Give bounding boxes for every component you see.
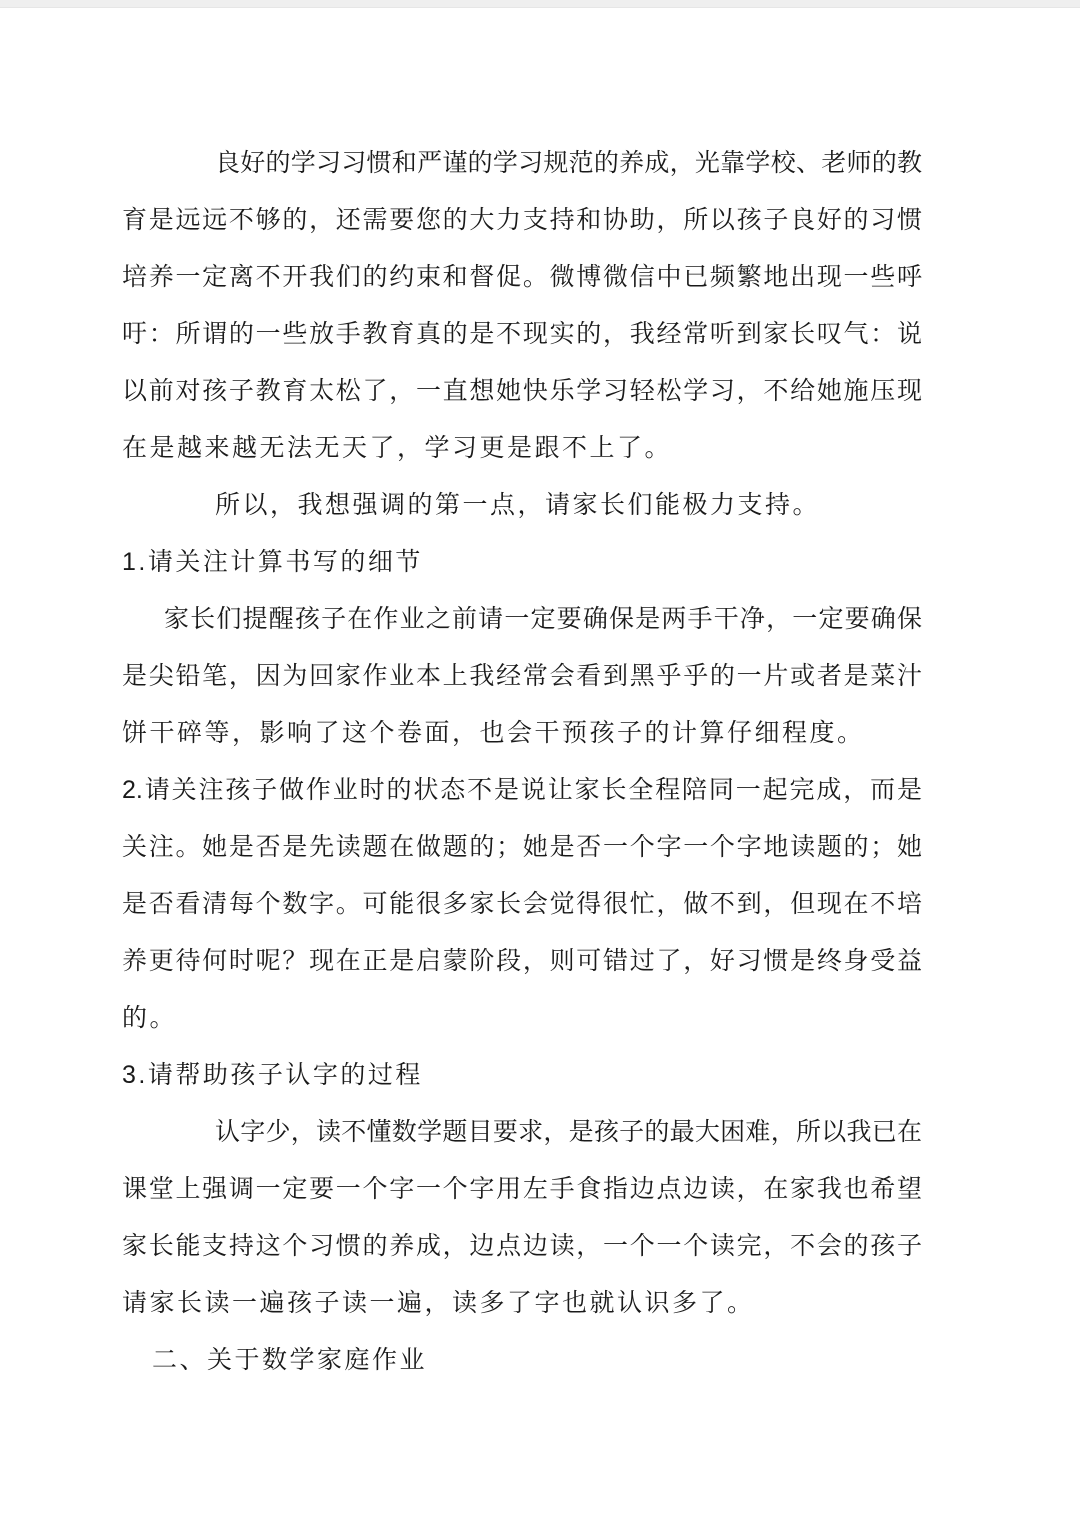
text-line: 家长能支持这个习惯的养成，边点边读，一个一个读完，不会的孩子 — [122, 1218, 922, 1275]
text-line: 所以，我想强调的第一点，请家长们能极力支持。 — [122, 477, 922, 534]
text-line: 课堂上强调一定要一个字一个字用左手食指边点边读，在家我也希望 — [122, 1161, 922, 1218]
body-paragraph: 所以，我想强调的第一点，请家长们能极力支持。 — [122, 477, 922, 534]
text-line: 吁：所谓的一些放手教育真的是不现实的，我经常听到家长叹气：说 — [122, 306, 922, 363]
text-line: 关注。她是否是先读题在做题的；她是否一个字一个字地读题的；她 — [122, 819, 922, 876]
document-page: { "page": { "width": 1080, "height": 151… — [0, 0, 1080, 1516]
text-line: 二、关于数学家庭作业 — [122, 1332, 922, 1389]
text-line: 认字少，读不懂数学题目要求，是孩子的最大困难，所以我已在 — [122, 1104, 922, 1161]
text-line: 培养一定离不开我们的约束和督促。微博微信中已频繁地出现一些呼 — [122, 249, 922, 306]
numbered-heading: 1.请关注计算书写的细节 — [122, 534, 922, 591]
text-line: 是否看清每个数字。可能很多家长会觉得很忙，做不到，但现在不培 — [122, 876, 922, 933]
text-line: 家长们提醒孩子在作业之前请一定要确保是两手干净，一定要确保 — [122, 591, 922, 648]
section-heading: 二、关于数学家庭作业 — [122, 1332, 922, 1389]
text-line: 3.请帮助孩子认字的过程 — [122, 1047, 922, 1104]
text-line: 以前对孩子教育太松了，一直想她快乐学习轻松学习，不给她施压现 — [122, 363, 922, 420]
text-line: 2.请关注孩子做作业时的状态不是说让家长全程陪同一起完成，而是 — [122, 762, 922, 819]
text-line: 在是越来越无法无天了，学习更是跟不上了。 — [122, 420, 922, 477]
document-text-block: 良好的学习习惯和严谨的学习规范的养成，光靠学校、老师的教育是远远不够的，还需要您… — [122, 135, 922, 1389]
text-line: 养更待何时呢？现在正是启蒙阶段，则可错过了，好习惯是终身受益 — [122, 933, 922, 990]
numbered-paragraph: 2.请关注孩子做作业时的状态不是说让家长全程陪同一起完成，而是关注。她是否是先读… — [122, 762, 922, 1047]
numbered-heading: 3.请帮助孩子认字的过程 — [122, 1047, 922, 1104]
text-line: 1.请关注计算书写的细节 — [122, 534, 922, 591]
text-line: 的。 — [122, 990, 922, 1047]
text-line: 是尖铅笔，因为回家作业本上我经常会看到黑乎乎的一片或者是菜汁 — [122, 648, 922, 705]
text-line: 请家长读一遍孩子读一遍，读多了字也就认识多了。 — [122, 1275, 922, 1332]
body-paragraph: 家长们提醒孩子在作业之前请一定要确保是两手干净，一定要确保是尖铅笔，因为回家作业… — [122, 591, 922, 762]
text-line: 饼干碎等，影响了这个卷面，也会干预孩子的计算仔细程度。 — [122, 705, 922, 762]
text-line: 育是远远不够的，还需要您的大力支持和协助，所以孩子良好的习惯 — [122, 192, 922, 249]
body-paragraph: 良好的学习习惯和严谨的学习规范的养成，光靠学校、老师的教育是远远不够的，还需要您… — [122, 135, 922, 477]
body-paragraph: 认字少，读不懂数学题目要求，是孩子的最大困难，所以我已在课堂上强调一定要一个字一… — [122, 1104, 922, 1332]
page-top-edge — [0, 0, 1080, 8]
text-line: 良好的学习习惯和严谨的学习规范的养成，光靠学校、老师的教 — [122, 135, 922, 192]
